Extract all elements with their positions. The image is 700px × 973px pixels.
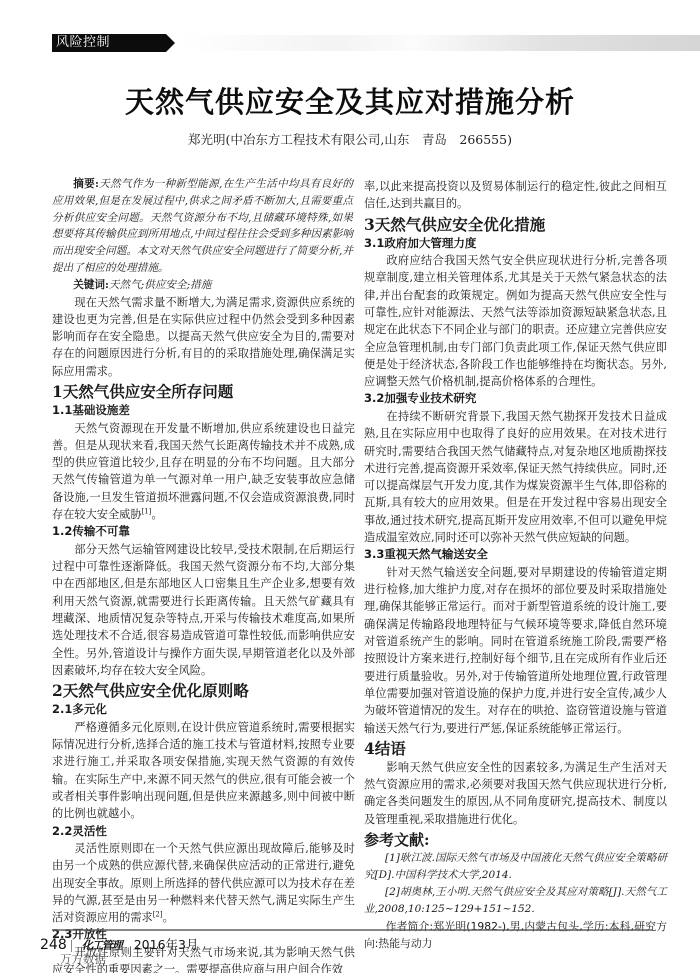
banner-texture: [180, 35, 700, 51]
keywords: 关键词:天然气;供应安全;措施: [52, 277, 355, 294]
punctuation: 。: [151, 508, 162, 521]
subsection-heading-3-2: 3.2加强专业技术研究: [364, 390, 667, 408]
citation-2[interactable]: [2]: [153, 910, 163, 918]
section-tag: 风险控制: [52, 34, 166, 52]
subsection-heading-2-2: 2.2灵活性: [52, 823, 355, 841]
footer-rule: [52, 929, 652, 931]
abstract-label: 摘要:: [73, 178, 99, 190]
subsection-heading-3-3: 3.3重视天然气输送安全: [364, 546, 667, 564]
paragraph-2-2: 灵活性原则即在一个天然气供应源出现故障后,能够及时由另一个成熟的供应源代替,来确…: [52, 840, 355, 926]
subsection-heading-2-1: 2.1多元化: [52, 701, 355, 719]
paragraph-2-1: 严格遵循多元化原则,在设计供应管道系统时,需要根据实际情况进行分析,选择合适的施…: [52, 719, 355, 823]
references-heading: 参考文献:: [364, 830, 667, 850]
article-title: 天然气供应安全及其应对措施分析: [0, 80, 700, 121]
conclusion-paragraph: 影响天然气供应安全性的因素较多,为满足生产生活对天然气资源应用的需求,必须要对我…: [364, 759, 667, 828]
reference-item: [2]胡奥林,王小明.天然气供应安全及其应对策略[J].天然气工业,2008,1…: [364, 884, 667, 918]
paragraph-2-3-continued: 率,以此来提高投资以及贸易体制运行的稳定性,彼此之间相互信任,达到共赢目的。: [364, 178, 667, 213]
section-heading-1: 1天然气供应安全所存问题: [52, 381, 355, 402]
citation-1[interactable]: [1]: [142, 507, 152, 515]
abstract: 摘要:天然气作为一种新型能源,在生产生活中均具有良好的应用效果,但是在发展过程中…: [52, 176, 355, 277]
section-heading-3: 3天然气供应安全优化措施: [364, 214, 667, 235]
right-column: 率,以此来提高投资以及贸易体制运行的稳定性,彼此之间相互信任,达到共赢目的。 3…: [364, 178, 667, 952]
intro-paragraph: 现在天然气需求量不断增大,为满足需求,资源供应系统的建设也更为完善,但是在实际供…: [52, 294, 355, 380]
abstract-text: 天然气作为一种新型能源,在生产生活中均具有良好的应用效果,但是在发展过程中,供求…: [52, 178, 353, 274]
subsection-heading-1-1: 1.1基础设施差: [52, 402, 355, 420]
paragraph-text: 天然气资源现在开发量不断增加,供应系统建设也日益完善。但是从现状来看,我国天然气…: [52, 422, 355, 521]
left-column: 摘要:天然气作为一种新型能源,在生产生活中均具有良好的应用效果,但是在发展过程中…: [52, 176, 355, 973]
reference-item: [1]耿江波.国际天然气市场及中国液化天然气供应安全策略研究[D].中国科学技术…: [364, 850, 667, 884]
section-heading-4: 4结语: [364, 738, 667, 759]
paragraph-3-3: 针对天然气输送安全问题,要对早期建设的传输管道定期进行检修,加大维护力度,对存在…: [364, 564, 667, 737]
watermark: 万方数据: [60, 951, 106, 967]
subsection-heading-1-2: 1.2传输不可靠: [52, 523, 355, 541]
author-affiliation: 郑光明(中冶东方工程技术有限公司,山东 青岛 266555): [0, 130, 700, 148]
paragraph-1-2: 部分天然气运输管网建设比较早,受技术限制,在后期运行过程中可靠性逐渐降低。我国天…: [52, 541, 355, 679]
author-bio: 作者简介:郑光明(1982-),男,内蒙古包头,学历:本科,研究方向:热能与动力: [364, 918, 667, 952]
section-heading-2: 2天然气供应安全优化原则略: [52, 680, 355, 701]
paragraph-1-1: 天然气资源现在开发量不断增加,供应系统建设也日益完善。但是从现状来看,我国天然气…: [52, 420, 355, 524]
paragraph-text: 灵活性原则即在一个天然气供应源出现故障后,能够及时由另一个成熟的供应源代替,来确…: [52, 842, 355, 924]
keywords-label: 关键词:: [73, 279, 109, 291]
issue-date: 2016年3月: [134, 937, 199, 952]
subsection-heading-3-1: 3.1政府加大管理力度: [364, 235, 667, 253]
punctuation: 。: [163, 911, 174, 924]
banner-arrow-icon: [166, 34, 175, 52]
footer-divider: [71, 940, 72, 952]
paragraph-3-2: 在持续不断研究背景下,我国天然气勘探开发技术日益成熟,且在实际应用中也取得了良好…: [364, 408, 667, 546]
keywords-text: 天然气;供应安全;措施: [109, 279, 211, 291]
paragraph-3-1: 政府应结合我国天然气安全供应现状进行分析,完善各项规章制度,建立相关管理体系,尤…: [364, 252, 667, 390]
